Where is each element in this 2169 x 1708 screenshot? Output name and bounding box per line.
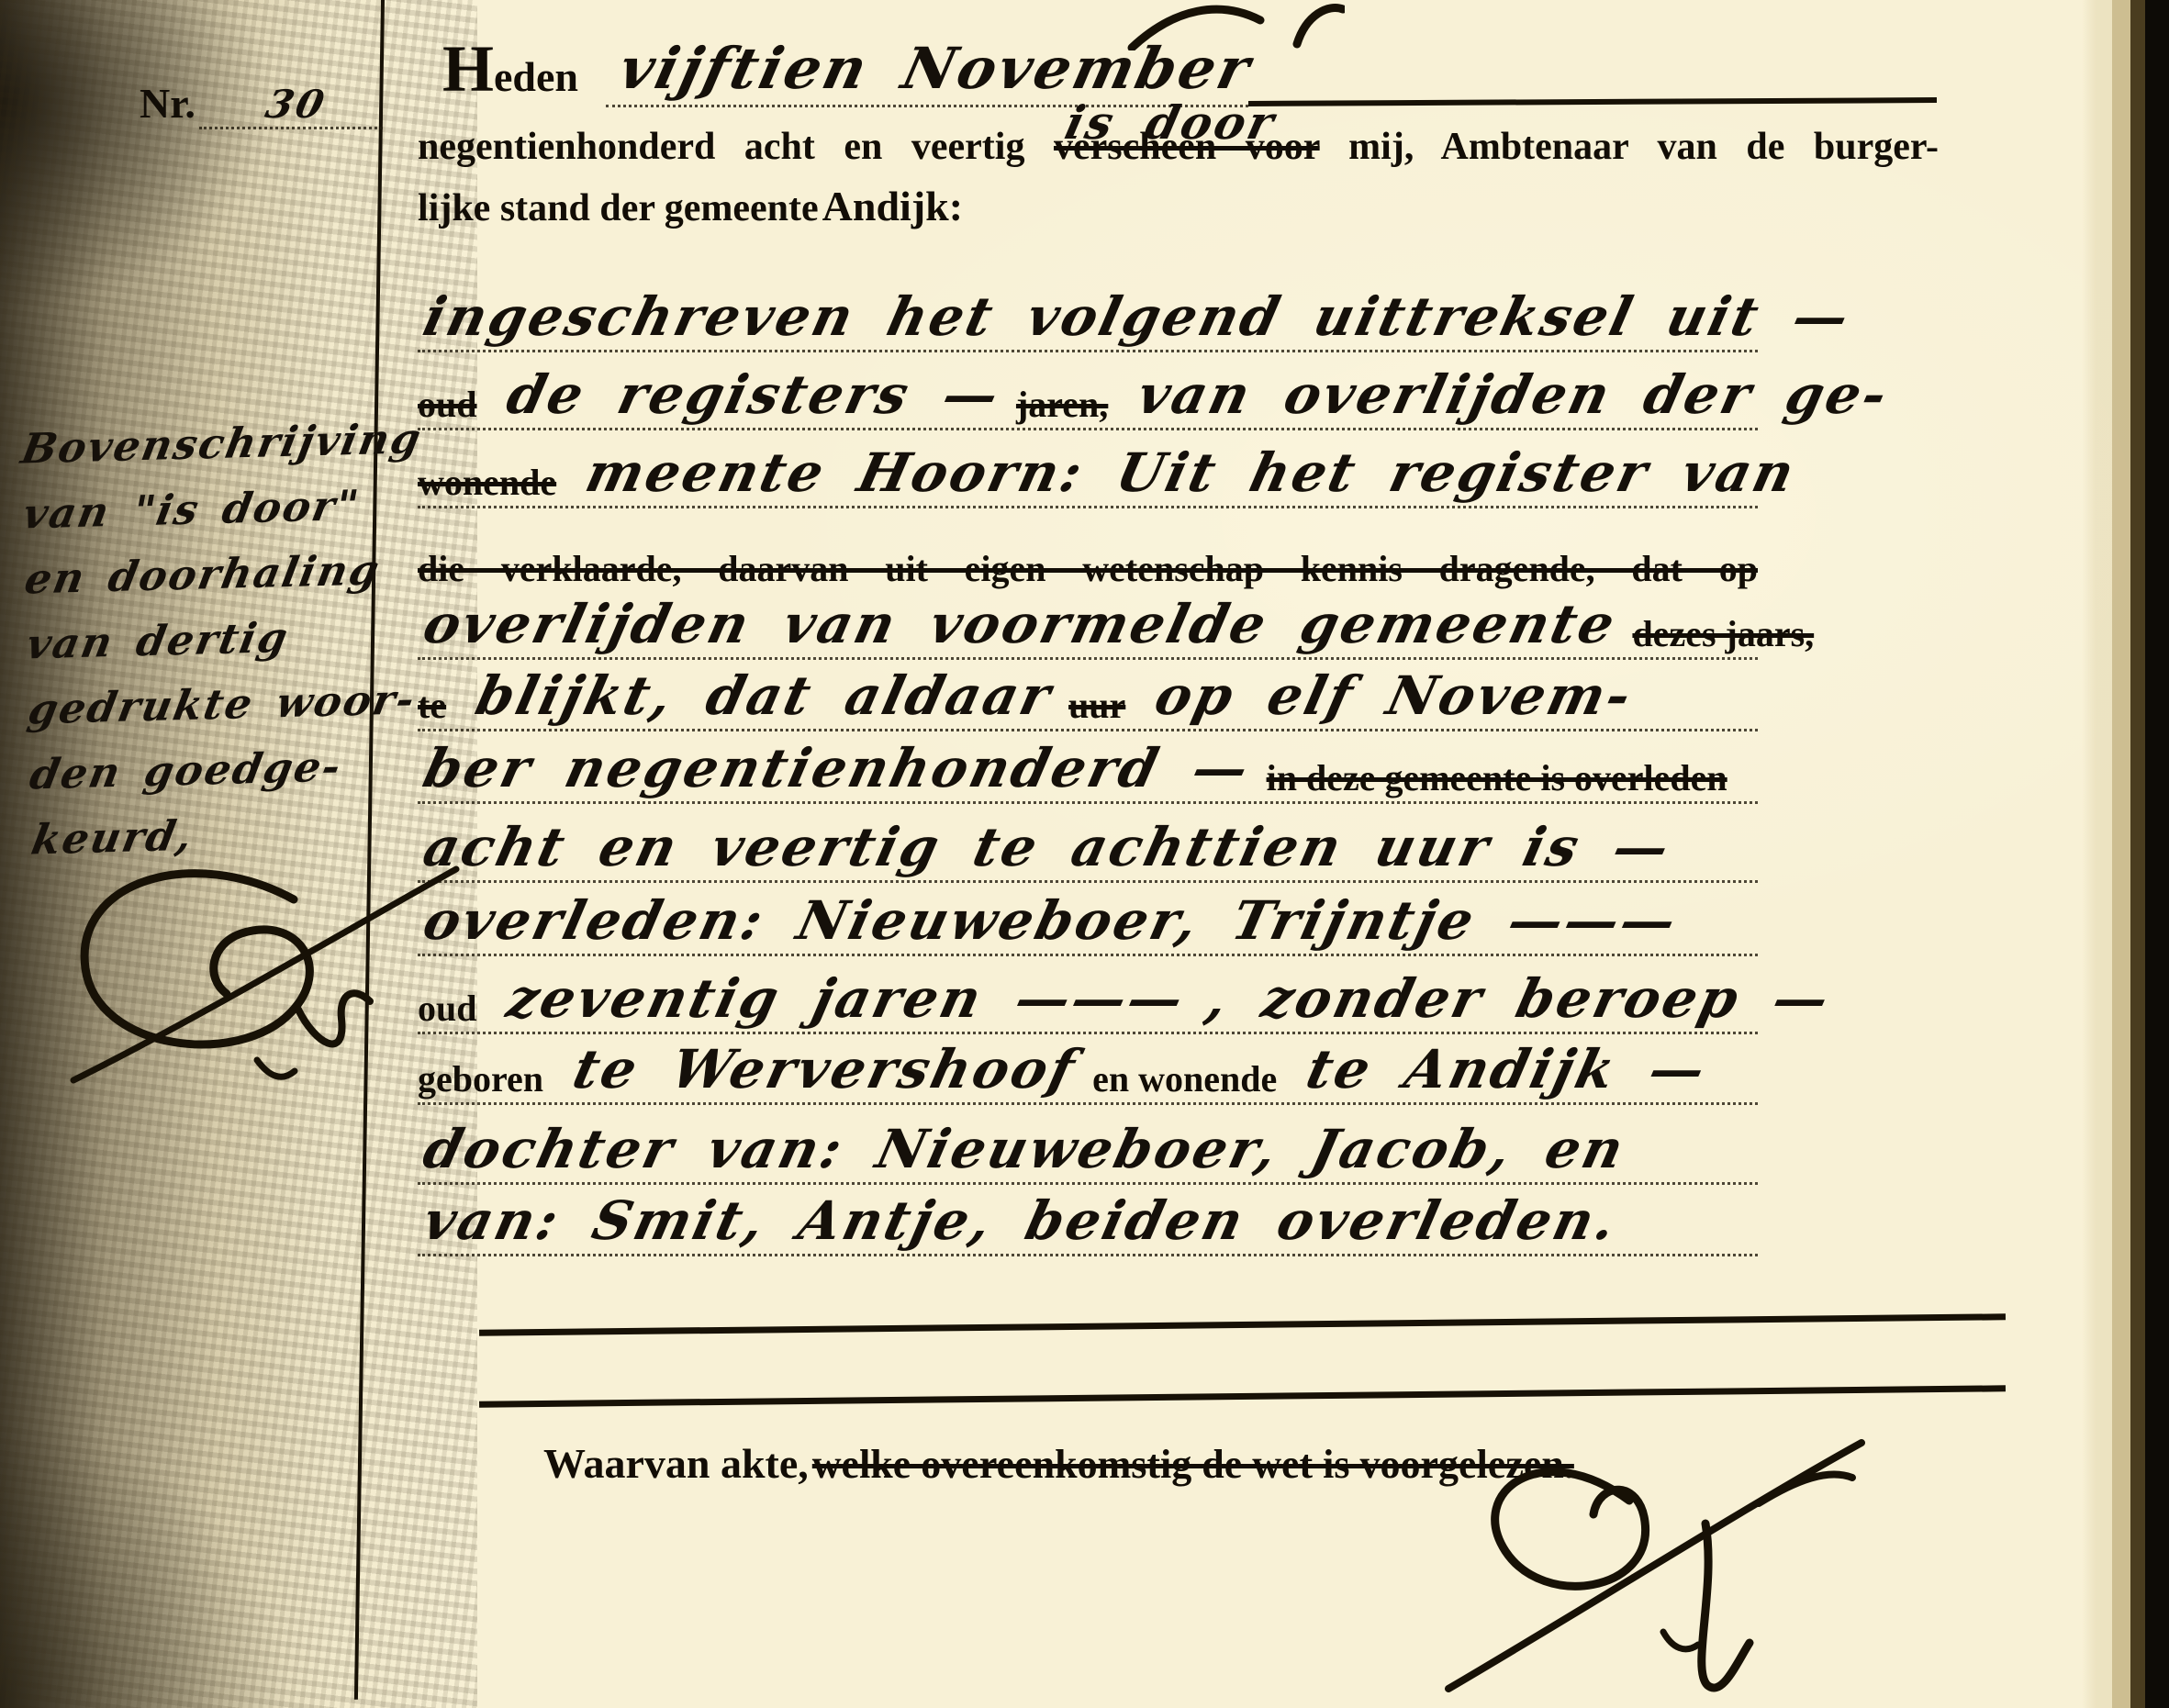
age-value: zeventig jaren ——— [501, 967, 1191, 1030]
record-number-label: Nr. [140, 80, 196, 127]
written-line-4: overlijden van voormelde gemeente dezes … [418, 593, 1758, 660]
written-line-3: wonende meente Hoorn: Uit het register v… [418, 441, 1758, 508]
written-line-6: ber negentienhonderd — in deze gemeente … [418, 737, 1758, 804]
printed-line-year: negentienhonderd acht en veertig versche… [418, 125, 1939, 169]
struck-verscheen-voor: verscheen voor [1054, 126, 1320, 168]
struck-dezes-jaars: dezes jaars, [1632, 612, 1814, 655]
printed-line-gemeente: lijke stand der gemeente Andijk: [418, 182, 963, 230]
written-text: overlijden van voormelde gemeente [418, 593, 1623, 655]
margin-note-line: gedrukte woor- [23, 666, 430, 742]
birthplace-value: te Wervershoof [567, 1038, 1083, 1100]
written-line-7: acht en veertig te achttien uur is — [418, 816, 1758, 883]
closing-rule-1 [479, 1313, 2006, 1335]
written-line-9: oud zeventig jaren ——— , zonder beroep — [418, 967, 1758, 1034]
margin-note-line: van dertig [21, 601, 428, 677]
closing-rule-2 [479, 1385, 2006, 1407]
struck-te: te [418, 684, 446, 727]
occupation-value: , zonder beroep — [1201, 967, 1837, 1030]
written-text: acht en veertig te achttien uur is — [418, 816, 1677, 878]
municipality-name: Andijk: [822, 183, 963, 229]
margin-note-line: van "is door" [17, 471, 424, 547]
printed-year: negentienhonderd acht en veertig [418, 126, 1024, 168]
father-name: dochter van: Nieuweboer, Jacob, en [418, 1118, 1632, 1180]
residence-value: te Andijk — [1301, 1038, 1714, 1100]
written-line-10: geboren te Wervershoof en wonende te And… [418, 1038, 1758, 1105]
written-text: meente Hoorn: Uit het register van [580, 441, 1803, 504]
registrar-signature [1432, 1413, 1882, 1698]
printed-en-wonende: en wonende [1092, 1057, 1277, 1100]
top-signature-flourish [1124, 0, 1345, 50]
printed-heden: Heden [442, 50, 578, 101]
record-number-value: 30 [262, 82, 331, 127]
margin-note-line: den goedge- [25, 731, 431, 808]
record-number-row: Nr. 30 [140, 79, 383, 129]
deceased-name: overleden: Nieuweboer, Trijntje ——— [418, 889, 1684, 952]
written-line-11: dochter van: Nieuweboer, Jacob, en [418, 1118, 1758, 1185]
struck-oud: oud [418, 383, 477, 426]
record-number-field: 30 [199, 82, 383, 129]
written-line-12: van: Smit, Antje, beiden overleden. [418, 1189, 1758, 1256]
written-line-5: te blijkt, dat aldaar uur op elf Novem- [418, 664, 1758, 731]
header-fill-line [1248, 97, 1937, 106]
printed-officer: mij, Ambtenaar van de burger- [1348, 126, 1939, 168]
written-text: ber negentienhonderd — [418, 737, 1257, 799]
written-text: op elf Novem- [1149, 664, 1639, 727]
written-text: ingeschreven het volgend uittreksel uit … [418, 285, 1857, 348]
struck-text: die verklaarde, daarvan uit eigen wetens… [418, 547, 1758, 590]
struck-jaren: jaren, [1016, 383, 1108, 426]
struck-uur: uur [1068, 684, 1125, 727]
mother-name: van: Smit, Antje, beiden overleden. [418, 1189, 1624, 1252]
printed-officer-2: lijke stand der gemeente [418, 187, 819, 229]
struck-printed-line: die verklaarde, daarvan uit eigen wetens… [418, 547, 1758, 590]
struck-in-deze-gemeente: in deze gemeente is overleden [1267, 756, 1727, 799]
written-line-8: overleden: Nieuweboer, Trijntje ——— [418, 889, 1758, 956]
written-text: de registers — [501, 363, 1007, 426]
attestation-line: Waarvan akte, welke overeenkomstig de we… [543, 1439, 1574, 1488]
written-text: van overlijden der ge- [1132, 363, 1895, 426]
written-line-2: oud de registers — jaren, van overlijden… [418, 363, 1758, 430]
written-text: blijkt, dat aldaar [470, 664, 1059, 727]
struck-wonende: wonende [418, 461, 556, 504]
margin-note-line: en doorhaling [19, 536, 426, 612]
margin-approval-signature [23, 831, 464, 1097]
margin-annotation: Bovenschrijving van "is door" en doorhal… [15, 406, 421, 872]
margin-note-line: Bovenschrijving [16, 406, 422, 482]
written-line-1: ingeschreven het volgend uittreksel uit … [418, 285, 1758, 352]
printed-waarvan-akte: Waarvan akte, [543, 1440, 809, 1487]
death-certificate-page: Nr. 30 Bovenschrijving van "is door" en … [0, 0, 2169, 1708]
page-edge-right [2082, 0, 2169, 1708]
